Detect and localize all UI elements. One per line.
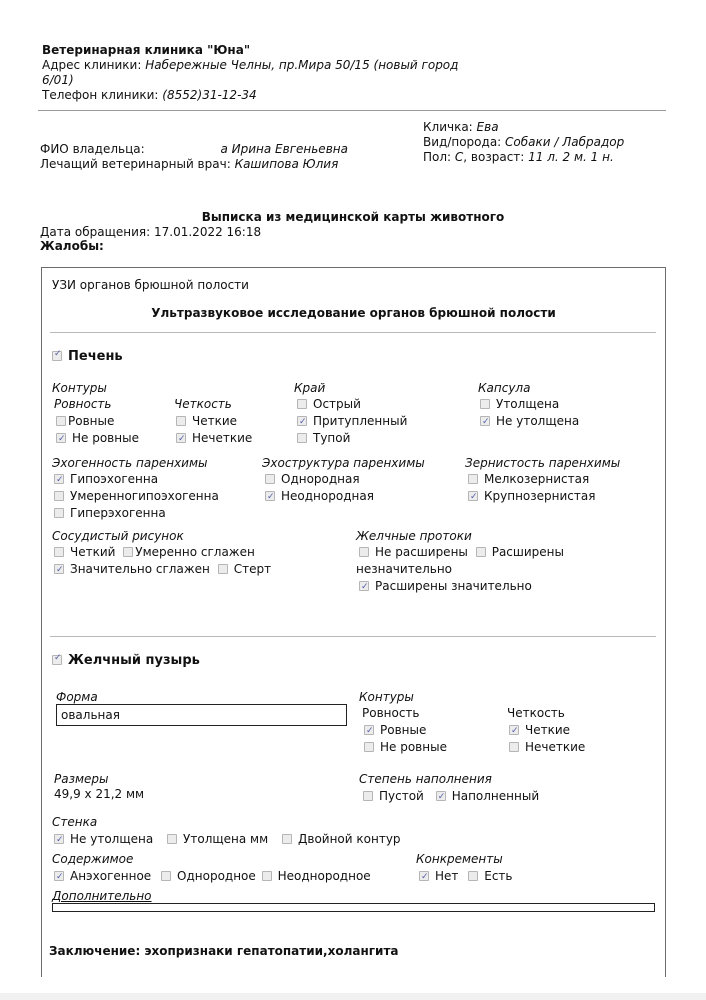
option-capsule-not-thick[interactable]: Не утолщена [480, 413, 579, 430]
checkbox[interactable] [468, 491, 478, 501]
option-wall-not-thick[interactable]: Не утолщена [54, 832, 153, 846]
checkbox[interactable] [359, 547, 369, 557]
liver-capsule-group: Утолщена Не утолщена [480, 396, 579, 430]
checkbox[interactable] [297, 399, 307, 409]
option-concrements-yes[interactable]: Есть [468, 869, 512, 883]
visit-date: Дата обращения: 17.01.2022 16:18 [40, 225, 261, 239]
option-gb-unclear[interactable]: Нечеткие [509, 739, 585, 756]
checkbox[interactable] [56, 416, 66, 426]
complaints-label: Жалобы: [40, 239, 104, 253]
checkbox[interactable] [480, 416, 490, 426]
gb-filling-group: Пустой Наполненный [363, 788, 539, 805]
option-wall-double[interactable]: Двойной контур [282, 832, 401, 846]
option-wall-thick[interactable]: Утолщена мм [167, 832, 268, 846]
study-title: Ультразвуковое исследование органов брюш… [41, 306, 666, 320]
checkbox[interactable] [54, 491, 64, 501]
liver-contours-label: Контуры [52, 380, 107, 396]
liver-clarity-group: Четкие Нечеткие [176, 413, 252, 447]
gb-evenness-group: Ровные Не ровные [364, 722, 447, 756]
option-gb-uneven[interactable]: Не ровные [364, 739, 447, 756]
checkbox[interactable] [123, 547, 133, 557]
liver-evenness-label: Ровность [54, 396, 112, 412]
option-liver-unclear[interactable]: Нечеткие [176, 430, 252, 447]
liver-bile-ducts-group: Не расширены Расширены незначительно Рас… [356, 544, 596, 595]
page-footer-bar [0, 993, 706, 1000]
liver-granularity-label: Зернистость паренхимы [465, 455, 620, 471]
liver-granularity-group: Мелкозернистая Крупнозернистая [468, 471, 595, 505]
record-title: Выписка из медицинской карты животного [0, 210, 706, 224]
option-vascular-clear[interactable]: Четкий [54, 545, 115, 559]
gb-size-label: Размеры [54, 771, 109, 787]
option-heterogeneous-content[interactable]: Неоднородное [262, 869, 371, 883]
option-ducts-significant[interactable]: Расширены значительно [356, 578, 596, 595]
clinic-address: Адрес клиники: Набережные Челны, пр.Мира… [42, 58, 462, 88]
option-gb-clear[interactable]: Четкие [509, 722, 585, 739]
checkbox[interactable] [509, 742, 519, 752]
checkbox[interactable] [218, 564, 228, 574]
clinic-phone: Телефон клиники: (8552)31-12-34 [42, 88, 462, 103]
option-concrements-no[interactable]: Нет [419, 869, 458, 883]
checkbox[interactable] [54, 547, 64, 557]
checkbox[interactable] [167, 834, 177, 844]
checkbox[interactable] [363, 791, 373, 801]
gb-concrements-group: Нет Есть [419, 868, 512, 885]
liver-vascular-group: Четкий Умеренно сглажен Значительно сгла… [54, 544, 271, 578]
checkbox[interactable] [54, 834, 64, 844]
option-liver-clear[interactable]: Четкие [176, 413, 252, 430]
gb-contours-label: Контуры [359, 689, 414, 705]
gb-content-group: Анэхогенное Однородное Неоднородное [54, 868, 371, 885]
checkbox[interactable] [54, 564, 64, 574]
checkbox[interactable] [476, 547, 486, 557]
gb-filling-label: Степень наполнения [359, 771, 492, 787]
liver-echostructure-group: Однородная Неоднородная [265, 471, 374, 505]
liver-capsule-label: Капсула [478, 380, 530, 396]
option-anechoic[interactable]: Анэхогенное [54, 869, 151, 883]
gallbladder-checkbox[interactable] [52, 655, 62, 665]
checkbox[interactable] [54, 508, 64, 518]
conclusion: Заключение: эхопризнаки гепатопатии,хола… [49, 944, 399, 958]
checkbox[interactable] [54, 871, 64, 881]
section-divider [50, 332, 656, 333]
checkbox[interactable] [54, 474, 64, 484]
gb-clarity-group: Четкие Нечеткие [509, 722, 585, 756]
checkbox[interactable] [282, 834, 292, 844]
gb-evenness-label: Ровность [362, 706, 420, 720]
checkbox[interactable] [468, 474, 478, 484]
gb-wall-group: Не утолщена Утолщена мм Двойной контур [54, 831, 401, 848]
option-vascular-moderate[interactable]: Умеренно сглажен [123, 545, 255, 559]
option-hypoechoic[interactable]: Гипоэхогенна [54, 471, 219, 488]
gb-shape-label: Форма [56, 689, 98, 705]
doctor-name: Лечащий ветеринарный врач: Кашипова Юлия [40, 157, 348, 172]
checkbox[interactable] [297, 433, 307, 443]
liver-edge-group: Острый Притупленный Тупой [297, 396, 407, 447]
option-homogeneous-content[interactable]: Однородное [161, 869, 256, 883]
option-coarse-grained[interactable]: Крупнозернистая [468, 488, 595, 505]
option-edge-blunted[interactable]: Притупленный [297, 413, 407, 430]
checkbox[interactable] [419, 871, 429, 881]
option-fine-grained[interactable]: Мелкозернистая [468, 471, 595, 488]
checkbox[interactable] [262, 871, 272, 881]
gb-additional-input[interactable] [52, 903, 655, 912]
gb-clarity-label: Четкость [507, 706, 565, 720]
clinic-info: Ветеринарная клиника "Юна" Адрес клиники… [42, 43, 462, 103]
gallbladder-section-header[interactable]: Желчный пузырь [52, 653, 200, 668]
checkbox[interactable] [364, 742, 374, 752]
option-capsule-thick[interactable]: Утолщена [480, 396, 579, 413]
liver-echogenicity-label: Эхогенность паренхимы [52, 455, 208, 471]
redacted-surname: ██████ [148, 142, 220, 157]
option-gb-filled[interactable]: Наполненный [436, 789, 539, 803]
gb-wall-label: Стенка [52, 814, 97, 830]
clinic-name: Ветеринарная клиника "Юна" [42, 43, 462, 58]
option-heterogeneous[interactable]: Неоднородная [265, 488, 374, 505]
option-mod-hypoechoic[interactable]: Умеренногипоэхогенна [54, 488, 219, 505]
checkbox[interactable] [176, 416, 186, 426]
checkbox[interactable] [359, 581, 369, 591]
checkbox[interactable] [265, 474, 275, 484]
pet-info: Кличка: Ева Вид/порода: Собаки / Лабрадо… [423, 120, 624, 165]
option-gb-empty[interactable]: Пустой [363, 789, 424, 803]
checkbox[interactable] [297, 416, 307, 426]
option-gb-even[interactable]: Ровные [364, 722, 447, 739]
liver-echostructure-label: Эхоструктура паренхимы [262, 455, 425, 471]
checkbox[interactable] [161, 871, 171, 881]
liver-checkbox[interactable] [52, 351, 62, 361]
checkbox[interactable] [364, 725, 374, 735]
option-vascular-erased[interactable]: Стерт [218, 562, 271, 576]
option-edge-blunt[interactable]: Тупой [297, 430, 407, 447]
option-liver-even[interactable]: Ровные [56, 413, 139, 430]
option-liver-uneven[interactable]: Не ровные [56, 430, 139, 447]
option-homogeneous[interactable]: Однородная [265, 471, 374, 488]
liver-evenness-group: Ровные Не ровные [56, 413, 139, 447]
liver-echogenicity-group: Гипоэхогенна Умеренногипоэхогенна Гиперэ… [54, 471, 219, 522]
liver-edge-label: Край [294, 380, 325, 396]
section-divider [50, 636, 656, 637]
checkbox[interactable] [468, 871, 478, 881]
gb-shape-input[interactable]: овальная [56, 704, 347, 726]
option-edge-sharp[interactable]: Острый [297, 396, 407, 413]
checkbox[interactable] [480, 399, 490, 409]
checkbox[interactable] [509, 725, 519, 735]
checkbox[interactable] [176, 433, 186, 443]
checkbox[interactable] [265, 491, 275, 501]
checkbox[interactable] [436, 791, 446, 801]
pet-breed: Вид/порода: Собаки / Лабрадор [423, 135, 624, 150]
liver-section-header[interactable]: Печень [52, 349, 123, 364]
checkbox[interactable] [56, 433, 66, 443]
liver-bile-ducts-label: Желчные протоки [356, 528, 472, 544]
liver-clarity-label: Четкость [174, 396, 232, 412]
gb-content-label: Содержимое [52, 851, 133, 867]
gb-size-value: 49,9 x 21,2 мм [54, 787, 144, 801]
option-ducts-not-dilated[interactable]: Не расширены [356, 545, 468, 559]
option-hyperechoic[interactable]: Гиперэхогенна [54, 505, 219, 522]
pet-name: Кличка: Ева [423, 120, 624, 135]
gb-additional-label: Дополнительно [52, 888, 152, 904]
study-name: УЗИ органов брюшной полости [52, 278, 249, 292]
owner-info: ФИО владельца: ██████а Ирина Евгеньевна … [40, 142, 348, 172]
gb-concrements-label: Конкременты [416, 851, 503, 867]
liver-vascular-label: Сосудистый рисунок [52, 528, 184, 544]
pet-sex-age: Пол: С, возраст: 11 л. 2 м. 1 н. [423, 150, 624, 165]
owner-name: ФИО владельца: ██████а Ирина Евгеньевна [40, 142, 348, 157]
header-divider [38, 110, 666, 111]
option-vascular-significant[interactable]: Значительно сглажен [54, 562, 210, 576]
